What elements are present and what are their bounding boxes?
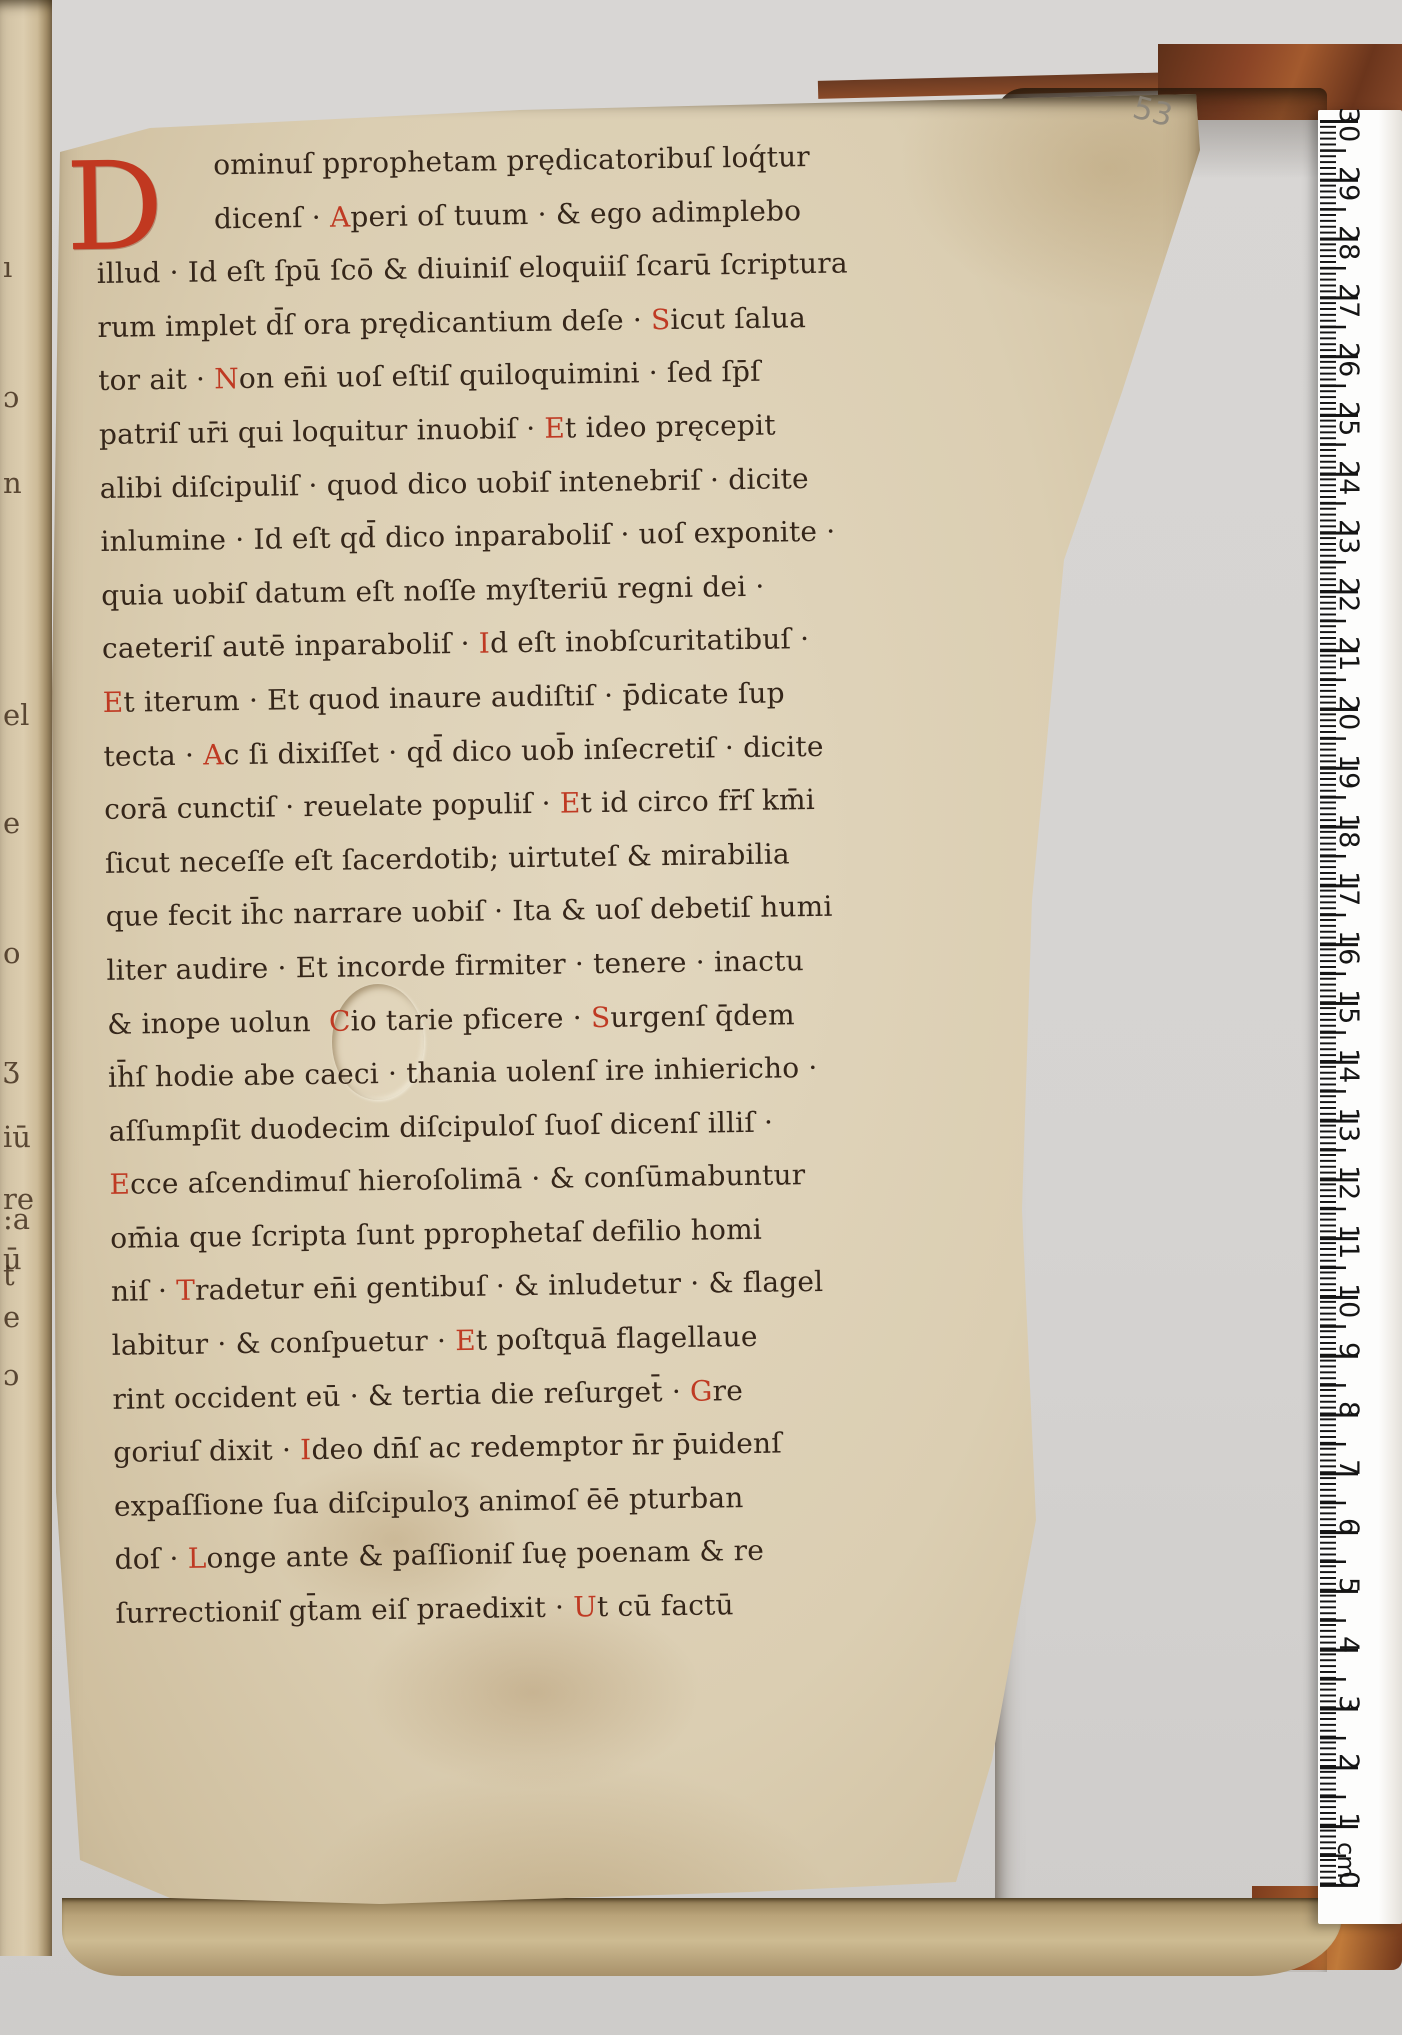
line-text: t cū factū — [597, 1588, 734, 1623]
rubric-initial: A — [203, 738, 224, 771]
line-text: on en̄i uoſ eſtiſ quiloquimini · ſed ſp̄… — [239, 355, 761, 395]
line-text: niſ · — [111, 1274, 177, 1308]
ruler-number: 22 — [1333, 577, 1364, 613]
ruler-number: 4 — [1333, 1636, 1364, 1654]
ruler-number: 20 — [1333, 695, 1364, 731]
rubric-initial: E — [544, 411, 565, 444]
line-text: ſurrectioniſ gt̄am eiſ praedixit · — [115, 1590, 573, 1629]
line-text: io tarie pficere · — [350, 1001, 591, 1037]
facing-page-text-fragment: :a — [3, 1202, 30, 1236]
drop-cap-initial: D — [65, 145, 165, 268]
line-text: deo dn̄ſ ac redemptor n̄r p̄uidenſ — [311, 1427, 782, 1467]
line-text: icut ſalua — [670, 301, 806, 336]
ruler-number: 5 — [1333, 1577, 1364, 1595]
ruler-number: 1 — [1333, 1812, 1364, 1830]
rubric-initial: E — [455, 1324, 476, 1357]
ruler-number: 18 — [1333, 813, 1364, 849]
line-text: t poſtquā flagellaue — [476, 1320, 758, 1357]
ruler-number: 2 — [1333, 1753, 1364, 1771]
line-text: goriuſ dixit · — [113, 1434, 300, 1470]
ruler-number: 8 — [1333, 1401, 1364, 1419]
line-text: labitur · & conſpuetur · — [111, 1324, 455, 1362]
ruler-number: 13 — [1333, 1107, 1364, 1143]
line-text: ominuſ pprophetam prędicatoribuſ loq́tur — [213, 140, 810, 181]
facing-page-text-fragment: n — [3, 466, 22, 500]
facing-page-sliver: ıɔneleoʒiūre:aūteɔ — [0, 0, 52, 1956]
facing-page-text-fragment: t — [3, 1258, 15, 1292]
ruler-unit-label: cm — [1332, 1842, 1360, 1879]
line-text: tor ait · — [98, 363, 214, 398]
facing-page-text-fragment: ɔ — [3, 1358, 19, 1392]
ruler-number: 29 — [1333, 166, 1364, 202]
line-text: caeteriſ autē inparaboliſ · — [102, 627, 479, 665]
rubric-initial: U — [573, 1590, 597, 1623]
manuscript-photo: ıɔneleoʒiūre:aūteɔ D ominuſ pprophetam p… — [0, 0, 1402, 2035]
ruler-number: 9 — [1333, 1342, 1364, 1360]
line-text: d eſt inobſcuritatibuſ · — [490, 622, 810, 659]
facing-page-text-fragment: e — [3, 1300, 20, 1334]
ruler-number: 21 — [1333, 636, 1364, 672]
ruler-number: 16 — [1333, 930, 1364, 966]
line-text: onge ante & paſſioniſ ſuę poenam & re — [206, 1534, 764, 1575]
facing-page-text-fragment: ʒ — [3, 1050, 19, 1084]
line-text: rint occident eū · & tertia die reſurget… — [112, 1374, 690, 1415]
line-text: dicenſ · — [214, 200, 330, 235]
line-text: t ideo pręcepit — [565, 408, 776, 444]
rubric-initial: S — [651, 303, 671, 336]
line-text: c ſi dixiſſet · qd̄ dico uob̄ inſecretiſ… — [223, 729, 823, 770]
rubric-initial: N — [214, 362, 239, 395]
ruler-number: 27 — [1333, 283, 1364, 319]
ruler-number: 3 — [1333, 1695, 1364, 1713]
facing-page-text-fragment: iū — [3, 1120, 31, 1154]
line-text: re — [712, 1374, 743, 1407]
line-text: tecta · — [103, 738, 203, 772]
ruler-number: 28 — [1333, 225, 1364, 261]
rubric-initial: I — [479, 627, 491, 660]
rubric-initial: L — [187, 1542, 206, 1575]
facing-page-text-fragment: o — [3, 936, 20, 970]
ruler-number: 19 — [1333, 754, 1364, 790]
manuscript-lines: ominuſ pprophetam prędicatoribuſ loq́tur… — [95, 139, 896, 1650]
rubric-initial: I — [300, 1433, 312, 1466]
ruler-number: 6 — [1333, 1518, 1364, 1536]
rubric-initial: E — [102, 686, 123, 719]
line-text: & inope uolun — [107, 1004, 329, 1040]
line-text: rum implet d̄ſ ora prędicantium deſe · — [97, 303, 651, 344]
rubric-initial: S — [591, 1000, 611, 1033]
facing-page-text-fragment: ı — [3, 250, 12, 284]
rubric-initial: E — [109, 1168, 130, 1201]
ruler-number: 14 — [1333, 1048, 1364, 1084]
ruler-number: 30 — [1333, 107, 1364, 143]
ruler-number: 12 — [1333, 1165, 1364, 1201]
line-text: t id circo fr̄ſ km̄i — [580, 783, 815, 819]
ruler-number: 23 — [1333, 519, 1364, 555]
facing-page-text-fragment: e — [3, 806, 20, 840]
ruler-number: 25 — [1333, 401, 1364, 437]
line-text: doſ · — [114, 1542, 188, 1576]
ruler: 3029282726252423222120191817161514131211… — [1318, 110, 1402, 1924]
rubric-initial: T — [176, 1274, 195, 1307]
book-bottom-page-edges — [62, 1898, 1342, 1976]
line-text: peri oſ tuum · & ego adimplebo — [350, 194, 801, 233]
ruler-number: 15 — [1333, 989, 1364, 1025]
rubric-initial: A — [330, 200, 351, 233]
ruler-number: 26 — [1333, 342, 1364, 378]
ruler-number: 11 — [1333, 1224, 1364, 1260]
ruler-ticks: 3029282726252423222120191817161514131211… — [1320, 120, 1380, 1888]
facing-page-text-fragment: ɔ — [3, 380, 19, 414]
line-text: urgenſ q̄dem — [610, 998, 795, 1034]
manuscript-line: ſurrectioniſ gt̄am eiſ praedixit · Ut cū… — [115, 1586, 896, 1650]
facing-page-text-fragment: el — [3, 698, 29, 732]
rubric-initial: G — [690, 1374, 713, 1407]
ruler-number: 24 — [1333, 460, 1364, 496]
line-text: patriſ ur̄i qui loquitur inuobiſ · — [99, 412, 545, 451]
rubric-initial: C — [329, 1004, 351, 1037]
rubric-initial: E — [560, 786, 581, 819]
ruler-number: 10 — [1333, 1283, 1364, 1319]
ruler-number: 7 — [1333, 1459, 1364, 1477]
manuscript-text-block: D ominuſ pprophetam prędicatoribuſ loq́t… — [95, 139, 896, 1650]
line-text: corā cunctiſ · reuelate populiſ · — [104, 787, 560, 826]
ruler-number: 17 — [1333, 871, 1364, 907]
